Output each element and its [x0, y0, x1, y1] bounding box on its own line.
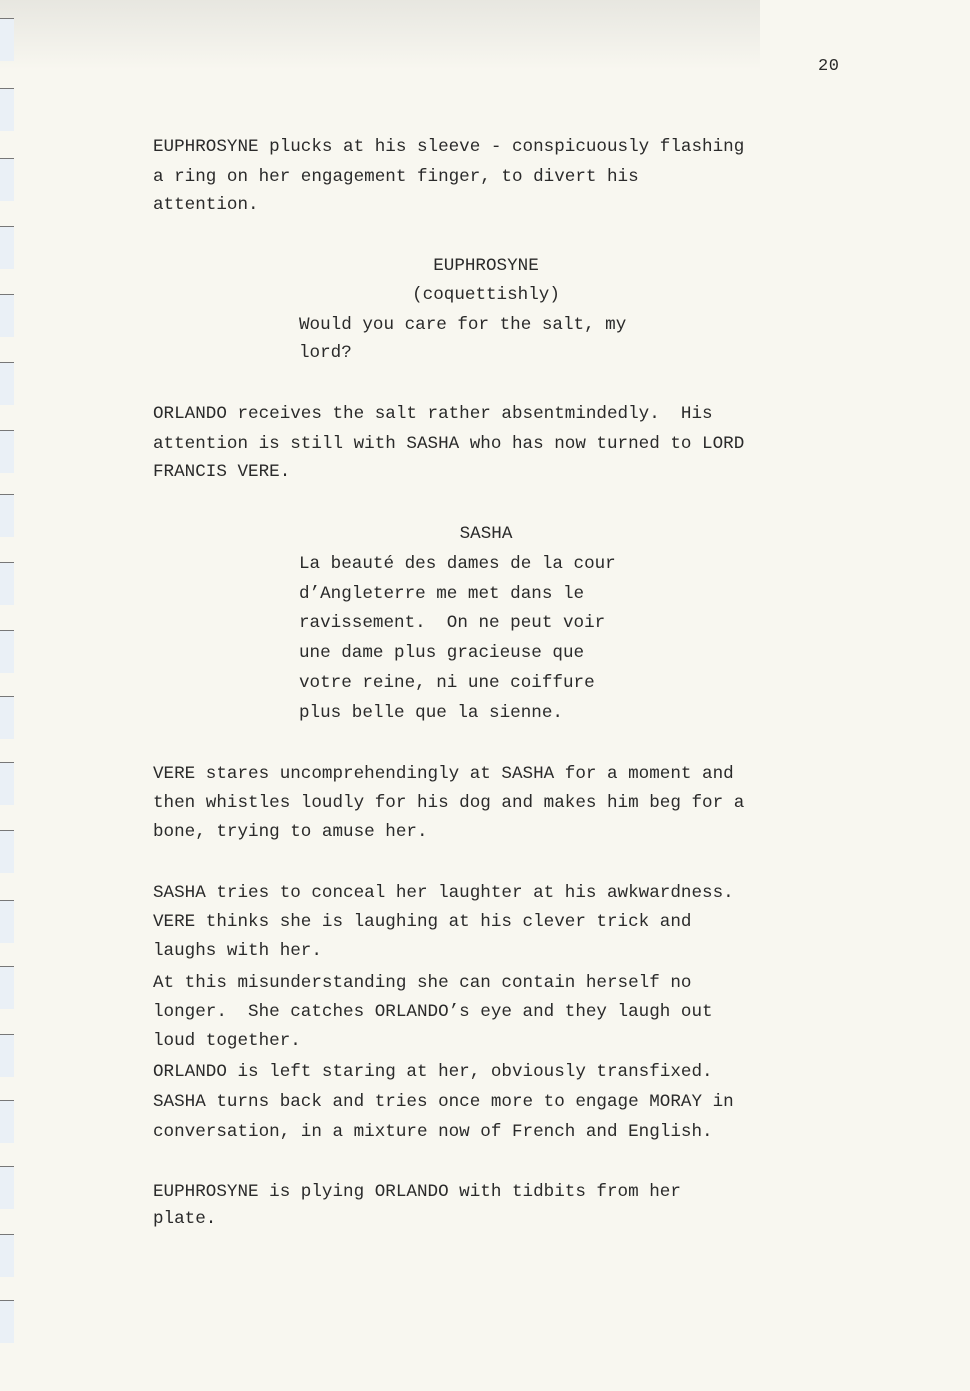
action-line: conversation, in a mixture now of French… [153, 1124, 713, 1142]
binding-hole [0, 294, 14, 337]
binding-hole [0, 762, 14, 805]
dialogue-line: d’Angleterre me met dans le [299, 586, 584, 604]
dialogue-line: Would you care for the salt, my [299, 317, 626, 335]
action-line: ORLANDO is left staring at her, obviousl… [153, 1064, 713, 1082]
binding-holes [0, 0, 16, 1391]
action-line: VERE stares uncomprehendingly at SASHA f… [153, 766, 734, 784]
action-line: laughs with her. [153, 943, 322, 961]
action-line: a ring on her engagement finger, to dive… [153, 169, 639, 187]
action-line: then whistles loudly for his dog and mak… [153, 795, 744, 813]
action-line: SASHA tries to conceal her laughter at h… [153, 885, 734, 903]
binding-hole [0, 362, 14, 405]
dialogue-line: plus belle que la sienne. [299, 705, 563, 723]
parenthetical: (coquettishly) [336, 287, 636, 305]
binding-hole [0, 158, 14, 201]
binding-hole [0, 1300, 14, 1343]
binding-hole [0, 1234, 14, 1277]
binding-hole [0, 630, 14, 673]
binding-hole [0, 966, 14, 1009]
binding-hole [0, 18, 14, 61]
scan-shading [0, 0, 760, 70]
binding-hole [0, 494, 14, 537]
binding-hole [0, 430, 14, 473]
binding-hole [0, 1034, 14, 1077]
binding-hole [0, 562, 14, 605]
page-number: 20 [818, 57, 839, 76]
character-name: SASHA [336, 526, 636, 544]
action-line: VERE thinks she is laughing at his cleve… [153, 914, 691, 932]
binding-hole [0, 1100, 14, 1143]
dialogue-line: votre reine, ni une coiffure [299, 675, 595, 693]
action-line: bone, trying to amuse her. [153, 824, 428, 842]
action-line: EUPHROSYNE plucks at his sleeve - conspi… [153, 139, 744, 157]
action-line: SASHA turns back and tries once more to … [153, 1094, 734, 1112]
dialogue-line: La beauté des dames de la cour [299, 556, 616, 574]
character-name: EUPHROSYNE [336, 258, 636, 276]
dialogue-line: ravissement. On ne peut voir [299, 615, 605, 633]
binding-hole [0, 88, 14, 131]
action-line: EUPHROSYNE is plying ORLANDO with tidbit… [153, 1184, 681, 1202]
action-line: plate. [153, 1211, 216, 1229]
action-line: loud together. [153, 1033, 301, 1051]
dialogue-line: une dame plus gracieuse que [299, 645, 584, 663]
binding-hole [0, 696, 14, 739]
action-line: ORLANDO receives the salt rather absentm… [153, 406, 713, 424]
dialogue-line: lord? [299, 345, 352, 363]
binding-hole [0, 900, 14, 943]
binding-hole [0, 1166, 14, 1209]
binding-hole [0, 226, 14, 269]
action-line: At this misunderstanding she can contain… [153, 975, 691, 993]
action-line: attention is still with SASHA who has no… [153, 436, 744, 454]
binding-hole [0, 830, 14, 873]
action-line: FRANCIS VERE. [153, 464, 290, 482]
action-line: longer. She catches ORLANDO’s eye and th… [153, 1004, 713, 1022]
action-line: attention. [153, 197, 259, 215]
